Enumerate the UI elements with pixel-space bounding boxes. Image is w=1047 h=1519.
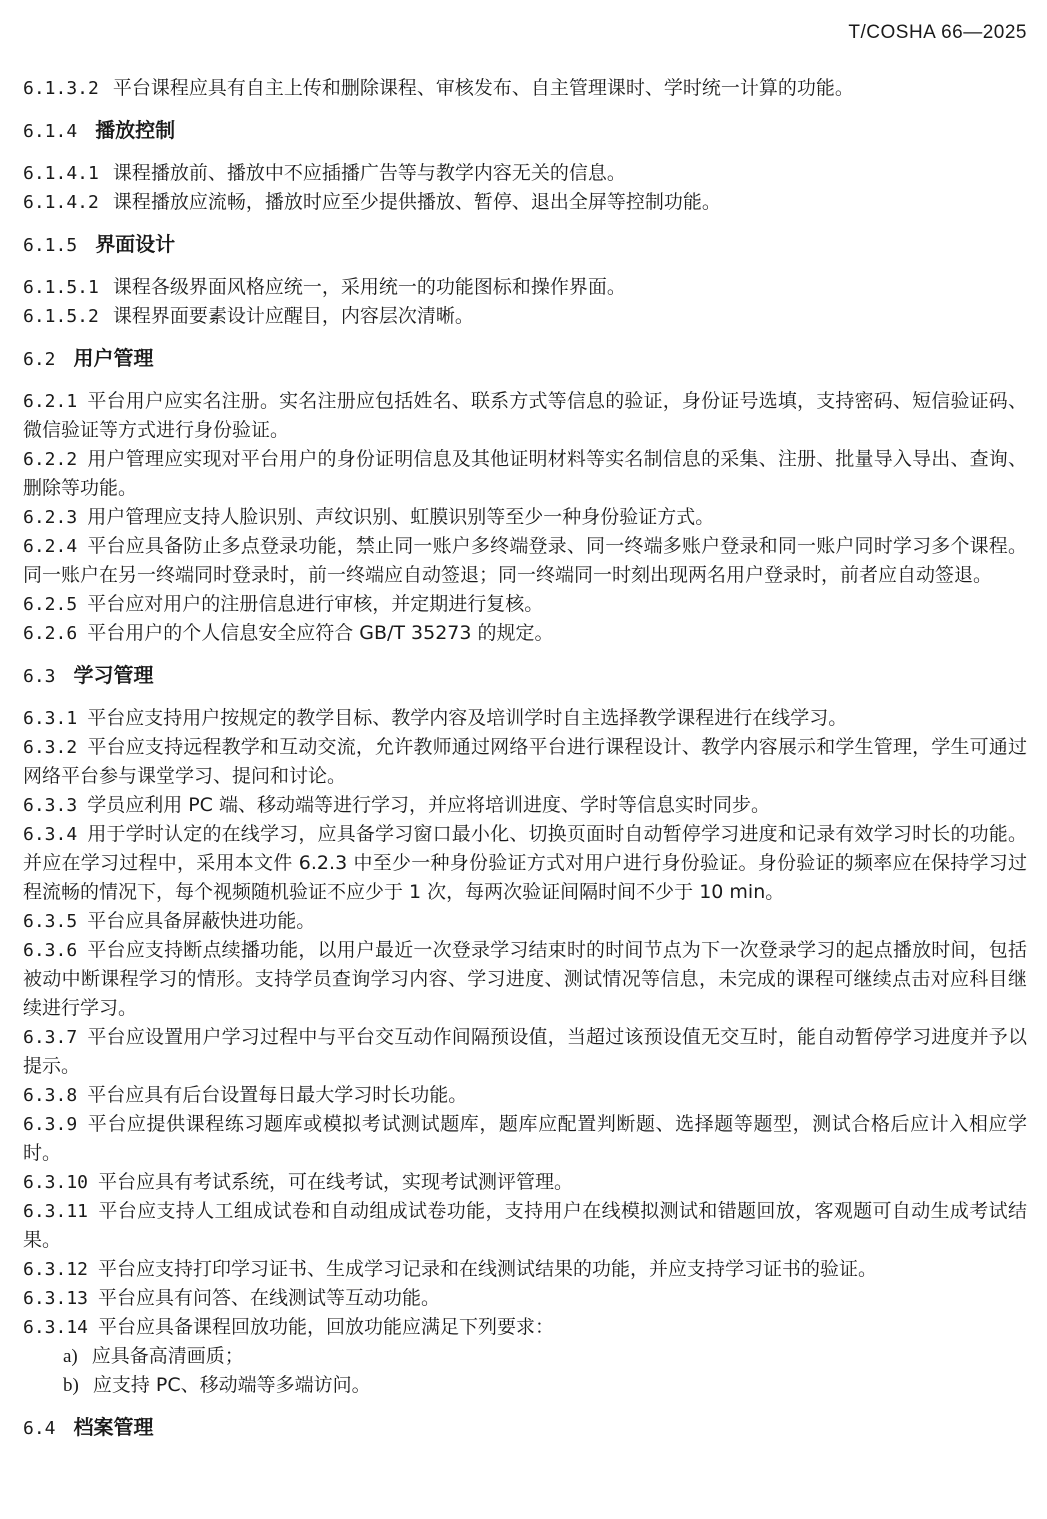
heading-number: 6.2 <box>23 349 56 370</box>
clause-6-3-9: 6.3.9平台应提供课程练习题库或模拟考试测试题库，题库应配置判断题、选择题等题… <box>23 1110 1027 1168</box>
clause-number: 6.1.5.2 <box>23 306 99 327</box>
heading-number: 6.1.5 <box>23 235 77 256</box>
clause-text: 学员应利用 PC 端、移动端等进行学习，并应将培训进度、学时等信息实时同步。 <box>87 794 770 816</box>
heading-6-4: 6.4档案管理 <box>23 1412 1027 1444</box>
heading-6-2: 6.2用户管理 <box>23 343 1027 375</box>
clause-6-1-5-2: 6.1.5.2课程界面要素设计应醒目，内容层次清晰。 <box>23 302 1027 331</box>
clause-text: 用户管理应实现对平台用户的身份证明信息及其他证明材料等实名制信息的采集、注册、批… <box>23 448 1027 499</box>
heading-title: 界面设计 <box>95 232 175 256</box>
clause-number: 6.3.6 <box>23 940 77 961</box>
clause-number: 6.3.13 <box>23 1288 88 1309</box>
heading-number: 6.3 <box>23 666 56 687</box>
clause-6-1-5-1: 6.1.5.1课程各级界面风格应统一，采用统一的功能图标和操作界面。 <box>23 273 1027 302</box>
clause-6-3-1: 6.3.1平台应支持用户按规定的教学目标、教学内容及培训学时自主选择教学课程进行… <box>23 704 1027 733</box>
list-item-text: 应支持 PC、移动端等多端访问。 <box>93 1374 371 1396</box>
clause-6-3-8: 6.3.8平台应具有后台设置每日最大学习时长功能。 <box>23 1081 1027 1110</box>
document-id-header: T/COSHA 66—2025 <box>848 22 1027 44</box>
clause-6-3-10: 6.3.10平台应具有考试系统，可在线考试，实现考试测评管理。 <box>23 1168 1027 1197</box>
clause-text: 平台应提供课程练习题库或模拟考试测试题库，题库应配置判断题、选择题等题型，测试合… <box>23 1113 1027 1164</box>
clause-text: 平台应具有考试系统，可在线考试，实现考试测评管理。 <box>98 1171 573 1193</box>
clause-6-2-5: 6.2.5平台应对用户的注册信息进行审核，并定期进行复核。 <box>23 590 1027 619</box>
clause-number: 6.1.3.2 <box>23 78 99 99</box>
clause-text: 平台应支持打印学习证书、生成学习记录和在线测试结果的功能，并应支持学习证书的验证… <box>98 1258 877 1280</box>
clause-text: 平台应支持断点续播功能，以用户最近一次登录学习结束时的时间节点为下一次登录学习的… <box>23 939 1027 1019</box>
clause-text: 平台用户的个人信息安全应符合 GB/T 35273 的规定。 <box>87 622 553 644</box>
clause-number: 6.2.6 <box>23 623 77 644</box>
clause-6-3-5: 6.3.5平台应具备屏蔽快进功能。 <box>23 907 1027 936</box>
heading-title: 用户管理 <box>74 346 154 370</box>
clause-text: 用于学时认定的在线学习，应具备学习窗口最小化、切换页面时自动暂停学习进度和记录有… <box>23 823 1027 903</box>
heading-6-3: 6.3学习管理 <box>23 660 1027 692</box>
clause-text: 平台应支持远程教学和互动交流，允许教师通过网络平台进行课程设计、教学内容展示和学… <box>23 736 1027 787</box>
clause-number: 6.2.4 <box>23 536 77 557</box>
clause-text: 平台应对用户的注册信息进行审核，并定期进行复核。 <box>87 593 543 615</box>
clause-6-3-7: 6.3.7平台应设置用户学习过程中与平台交互动作间隔预设值，当超过该预设值无交互… <box>23 1023 1027 1081</box>
clause-number: 6.3.8 <box>23 1085 77 1106</box>
clause-number: 6.1.4.1 <box>23 163 99 184</box>
clause-text: 课程播放应流畅，播放时应至少提供播放、暂停、退出全屏等控制功能。 <box>113 191 721 213</box>
clause-text: 平台应具备屏蔽快进功能。 <box>87 910 315 932</box>
clause-text: 平台应具备防止多点登录功能，禁止同一账户多终端登录、同一终端多账户登录和同一账户… <box>23 535 1027 586</box>
clause-6-3-6: 6.3.6平台应支持断点续播功能，以用户最近一次登录学习结束时的时间节点为下一次… <box>23 936 1027 1023</box>
clause-text: 课程各级界面风格应统一，采用统一的功能图标和操作界面。 <box>113 276 626 298</box>
heading-title: 学习管理 <box>74 663 154 687</box>
clause-number: 6.2.3 <box>23 507 77 528</box>
clause-6-3-13: 6.3.13平台应具有问答、在线测试等互动功能。 <box>23 1284 1027 1313</box>
clause-number: 6.3.11 <box>23 1201 88 1222</box>
clause-text: 平台用户应实名注册。实名注册应包括姓名、联系方式等信息的验证，身份证号选填，支持… <box>23 390 1027 441</box>
clause-text: 平台应支持人工组成试卷和自动组成试卷功能，支持用户在线模拟测试和错题回放，客观题… <box>23 1200 1027 1251</box>
clause-6-3-2: 6.3.2平台应支持远程教学和互动交流，允许教师通过网络平台进行课程设计、教学内… <box>23 733 1027 791</box>
clause-number: 6.3.5 <box>23 911 77 932</box>
clause-text: 平台应具备课程回放功能，回放功能应满足下列要求： <box>98 1316 554 1338</box>
clause-number: 6.3.7 <box>23 1027 77 1048</box>
clause-number: 6.3.12 <box>23 1259 88 1280</box>
clause-text: 平台应具有后台设置每日最大学习时长功能。 <box>87 1084 467 1106</box>
list-item-b: b)应支持 PC、移动端等多端访问。 <box>23 1371 1027 1400</box>
clause-text: 平台课程应具有自主上传和删除课程、审核发布、自主管理课时、学时统一计算的功能。 <box>113 77 854 99</box>
clause-number: 6.3.14 <box>23 1317 88 1338</box>
clause-number: 6.3.10 <box>23 1172 88 1193</box>
list-marker: a) <box>63 1346 78 1367</box>
clause-number: 6.3.2 <box>23 737 77 758</box>
heading-number: 6.4 <box>23 1418 56 1439</box>
clause-6-3-12: 6.3.12平台应支持打印学习证书、生成学习记录和在线测试结果的功能，并应支持学… <box>23 1255 1027 1284</box>
heading-number: 6.1.4 <box>23 121 77 142</box>
heading-title: 档案管理 <box>74 1415 154 1439</box>
clause-6-2-1: 6.2.1平台用户应实名注册。实名注册应包括姓名、联系方式等信息的验证，身份证号… <box>23 387 1027 445</box>
clause-text: 课程播放前、播放中不应插播广告等与教学内容无关的信息。 <box>113 162 626 184</box>
clause-6-1-4-1: 6.1.4.1课程播放前、播放中不应插播广告等与教学内容无关的信息。 <box>23 159 1027 188</box>
clause-text: 平台应支持用户按规定的教学目标、教学内容及培训学时自主选择教学课程进行在线学习。 <box>87 707 847 729</box>
clause-text: 用户管理应支持人脸识别、声纹识别、虹膜识别等至少一种身份验证方式。 <box>87 506 714 528</box>
clause-number: 6.2.5 <box>23 594 77 615</box>
clause-6-3-11: 6.3.11平台应支持人工组成试卷和自动组成试卷功能，支持用户在线模拟测试和错题… <box>23 1197 1027 1255</box>
clause-6-2-6: 6.2.6平台用户的个人信息安全应符合 GB/T 35273 的规定。 <box>23 619 1027 648</box>
clause-number: 6.1.5.1 <box>23 277 99 298</box>
clause-6-2-3: 6.2.3用户管理应支持人脸识别、声纹识别、虹膜识别等至少一种身份验证方式。 <box>23 503 1027 532</box>
list-item-text: 应具备高清画质； <box>92 1345 244 1367</box>
clause-text: 平台应具有问答、在线测试等互动功能。 <box>98 1287 440 1309</box>
clause-number: 6.2.2 <box>23 449 77 470</box>
heading-title: 播放控制 <box>95 118 175 142</box>
clause-text: 课程界面要素设计应醒目，内容层次清晰。 <box>113 305 474 327</box>
clause-number: 6.1.4.2 <box>23 192 99 213</box>
clause-6-2-4: 6.2.4平台应具备防止多点登录功能，禁止同一账户多终端登录、同一终端多账户登录… <box>23 532 1027 590</box>
clause-6-3-3: 6.3.3学员应利用 PC 端、移动端等进行学习，并应将培训进度、学时等信息实时… <box>23 791 1027 820</box>
list-marker: b) <box>63 1375 79 1396</box>
clause-number: 6.3.3 <box>23 795 77 816</box>
clause-text: 平台应设置用户学习过程中与平台交互动作间隔预设值，当超过该预设值无交互时，能自动… <box>23 1026 1027 1077</box>
clause-6-1-4-2: 6.1.4.2课程播放应流畅，播放时应至少提供播放、暂停、退出全屏等控制功能。 <box>23 188 1027 217</box>
clause-number: 6.3.9 <box>23 1114 77 1135</box>
clause-6-3-4: 6.3.4用于学时认定的在线学习，应具备学习窗口最小化、切换页面时自动暂停学习进… <box>23 820 1027 907</box>
clause-number: 6.3.1 <box>23 708 77 729</box>
list-item-a: a)应具备高清画质； <box>23 1342 1027 1371</box>
clause-6-2-2: 6.2.2用户管理应实现对平台用户的身份证明信息及其他证明材料等实名制信息的采集… <box>23 445 1027 503</box>
clause-number: 6.3.4 <box>23 824 77 845</box>
heading-6-1-4: 6.1.4播放控制 <box>23 115 1027 147</box>
document-body: 6.1.3.2平台课程应具有自主上传和删除课程、审核发布、自主管理课时、学时统一… <box>23 74 1027 1456</box>
heading-6-1-5: 6.1.5界面设计 <box>23 229 1027 261</box>
clause-number: 6.2.1 <box>23 391 77 412</box>
clause-6-3-14: 6.3.14平台应具备课程回放功能，回放功能应满足下列要求： <box>23 1313 1027 1342</box>
clause-6-1-3-2: 6.1.3.2平台课程应具有自主上传和删除课程、审核发布、自主管理课时、学时统一… <box>23 74 1027 103</box>
